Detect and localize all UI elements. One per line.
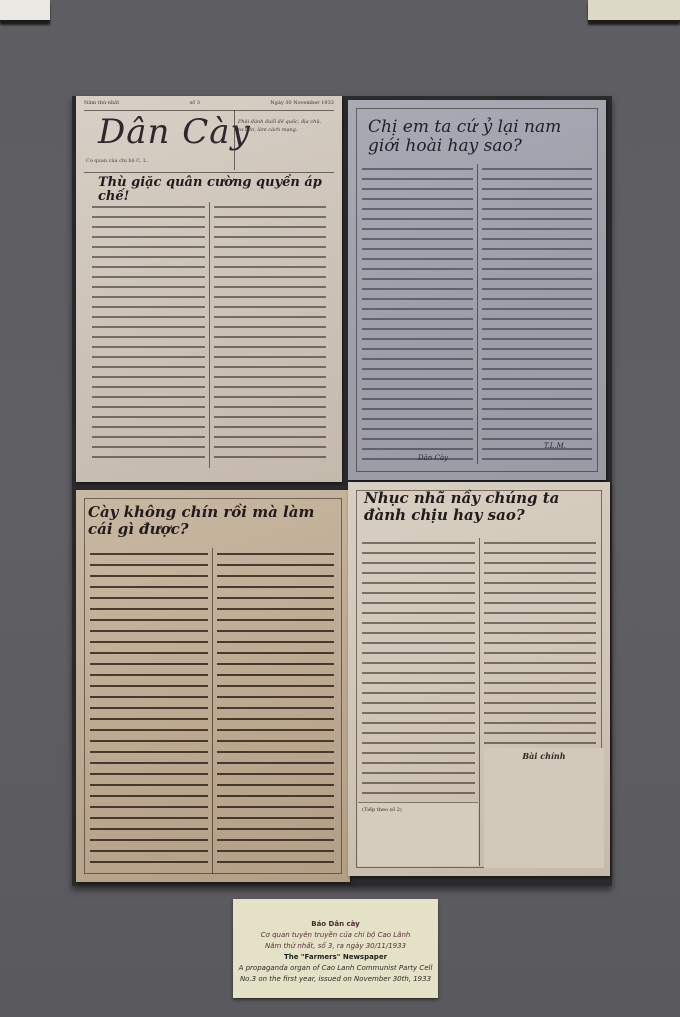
handwritten-column <box>88 202 209 468</box>
issue-number: số 3 <box>190 100 200 110</box>
issue-date: Ngày 30 November 1933 <box>270 100 334 110</box>
handwritten-column <box>86 548 212 874</box>
adjacent-frame-right <box>588 0 680 22</box>
caption-issue-vi: Năm thứ nhất, số 3, ra ngày 30/11/1933 <box>233 941 438 952</box>
divider <box>84 172 334 173</box>
article-headline: Cày không chín rồi mà làm cái gì được? <box>88 504 318 537</box>
masthead-subtitle: Cơ quan của chi bộ C. L. <box>86 158 148 164</box>
adjacent-frame-left <box>0 0 50 22</box>
article-body <box>86 548 338 874</box>
handwritten-column <box>358 164 477 464</box>
exhibit-caption-placard: Báo Dân cày Cơ quan tuyên truyền của chi… <box>233 899 438 998</box>
newspaper-page-top-left: Năm thứ nhất số 3 Ngày 30 November 1933 … <box>76 96 342 482</box>
caption-title-en: The "Farmers" Newspaper <box>233 952 438 963</box>
signature: T.L.M. <box>544 442 566 450</box>
handwritten-column <box>477 164 597 464</box>
notice-box: Bài chính <box>484 748 604 868</box>
caption-title-vi: Báo Dân cày <box>233 919 438 930</box>
article-headline: Nhục nhã nầy chúng ta đành chịu hay sao? <box>364 490 594 523</box>
caption-desc-en-2: No.3 on the first year, issued on Novemb… <box>233 974 438 985</box>
issue-year: Năm thứ nhất <box>84 100 119 110</box>
newspaper-page-bottom-left: Cày không chín rồi mà làm cái gì được? <box>76 490 350 882</box>
article-body <box>88 202 330 468</box>
masthead-slogan: Phải đánh đuổi đế quốc, địa chủ, tư bản,… <box>238 118 326 134</box>
exhibit-frame: Năm thứ nhất số 3 Ngày 30 November 1933 … <box>72 96 612 886</box>
notice-title: Bài chính <box>488 752 600 761</box>
caption-subtitle-vi: Cơ quan tuyên truyền của chi bộ Cao Lãnh <box>233 930 438 941</box>
masthead-title: Dân Cày <box>98 112 251 152</box>
signature: Dân Cày <box>418 454 448 462</box>
newspaper-page-top-right: Chị em ta cứ ỷ lại nam giới hoài hay sao… <box>348 100 606 480</box>
handwritten-column <box>209 202 331 468</box>
continuation-note: (Tiếp theo số 2) <box>358 802 478 866</box>
article-headline: Chị em ta cứ ỷ lại nam giới hoài hay sao… <box>368 118 588 155</box>
caption-desc-en-1: A propaganda organ of Cao Lanh Communist… <box>233 963 438 974</box>
newspaper-page-bottom-right: Nhục nhã nầy chúng ta đành chịu hay sao?… <box>348 482 610 876</box>
article-body <box>358 164 596 464</box>
article-headline: Thù giặc quân cường quyền áp chế! <box>98 176 342 205</box>
handwritten-column <box>212 548 339 874</box>
footnote-text: (Tiếp theo số 2) <box>362 807 402 813</box>
